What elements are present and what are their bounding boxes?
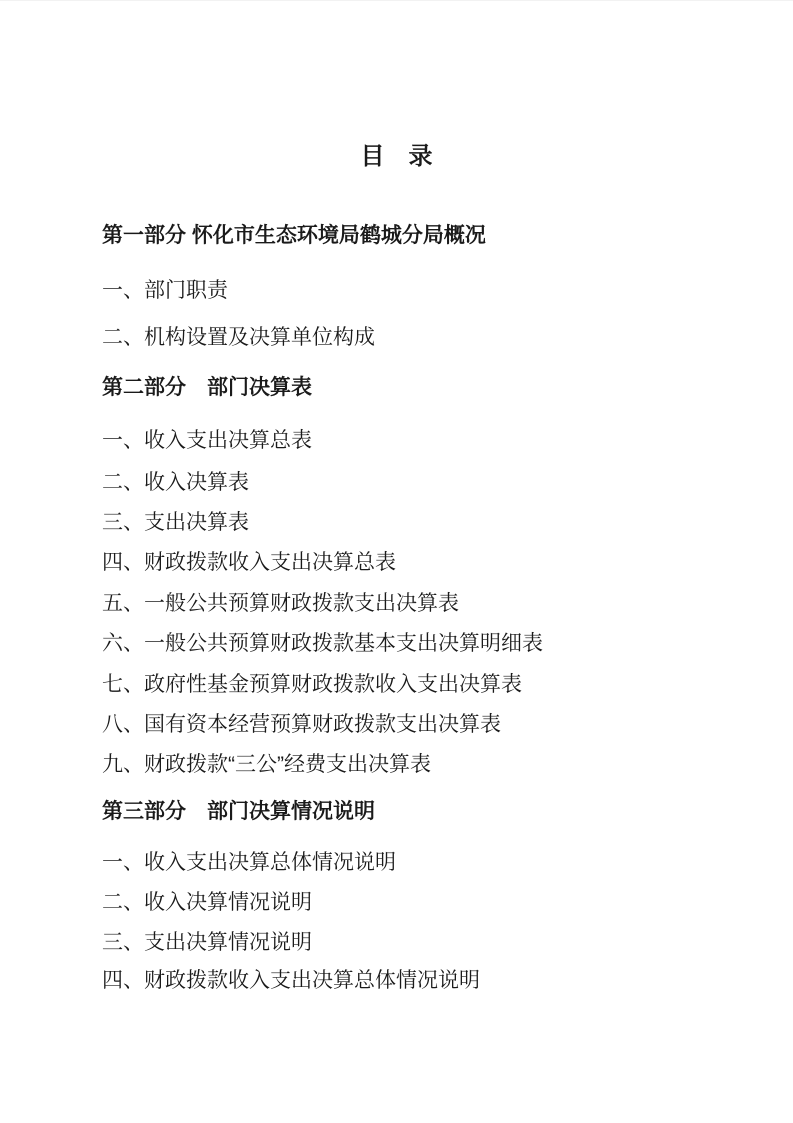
toc-section-part3: 第三部分 部门决算情况说明 — [102, 801, 703, 823]
toc-section-part2: 第二部分 部门决算表 — [102, 377, 703, 399]
toc-item-p1-2: 二、机构设置及决算单位构成 — [102, 327, 703, 349]
toc-item-p3-2: 二、收入决算情况说明 — [102, 892, 703, 914]
toc-item-p2-1: 一、收入支出决算总表 — [102, 430, 703, 452]
toc-item-p2-3: 三、支出决算表 — [102, 512, 703, 534]
toc-item-p2-2: 二、收入决算表 — [102, 472, 703, 494]
toc-item-p3-1: 一、收入支出决算总体情况说明 — [102, 852, 703, 874]
toc-item-p3-4: 四、财政拨款收入支出决算总体情况说明 — [102, 970, 703, 992]
toc-item-p1-1: 一、部门职责 — [102, 280, 703, 302]
toc-item-p2-7: 七、政府性基金预算财政拨款收入支出决算表 — [102, 674, 703, 696]
toc-item-p2-9: 九、财政拨款“三公”经费支出决算表 — [102, 754, 703, 776]
document-page: 目 录 第一部分 怀化市生态环境局鹤城分局概况 一、部门职责 二、机构设置及决算… — [0, 0, 793, 1123]
toc-item-p2-8: 八、国有资本经营预算财政拨款支出决算表 — [102, 714, 703, 736]
toc-list: 第一部分 怀化市生态环境局鹤城分局概况 一、部门职责 二、机构设置及决算单位构成… — [102, 225, 703, 992]
toc-item-p3-3: 三、支出决算情况说明 — [102, 932, 703, 954]
toc-item-p2-6: 六、一般公共预算财政拨款基本支出决算明细表 — [102, 633, 703, 655]
toc-section-part1: 第一部分 怀化市生态环境局鹤城分局概况 — [102, 225, 703, 247]
toc-title: 目 录 — [0, 1, 793, 169]
toc-item-p2-4: 四、财政拨款收入支出决算总表 — [102, 552, 703, 574]
toc-item-p2-5: 五、一般公共预算财政拨款支出决算表 — [102, 593, 703, 615]
